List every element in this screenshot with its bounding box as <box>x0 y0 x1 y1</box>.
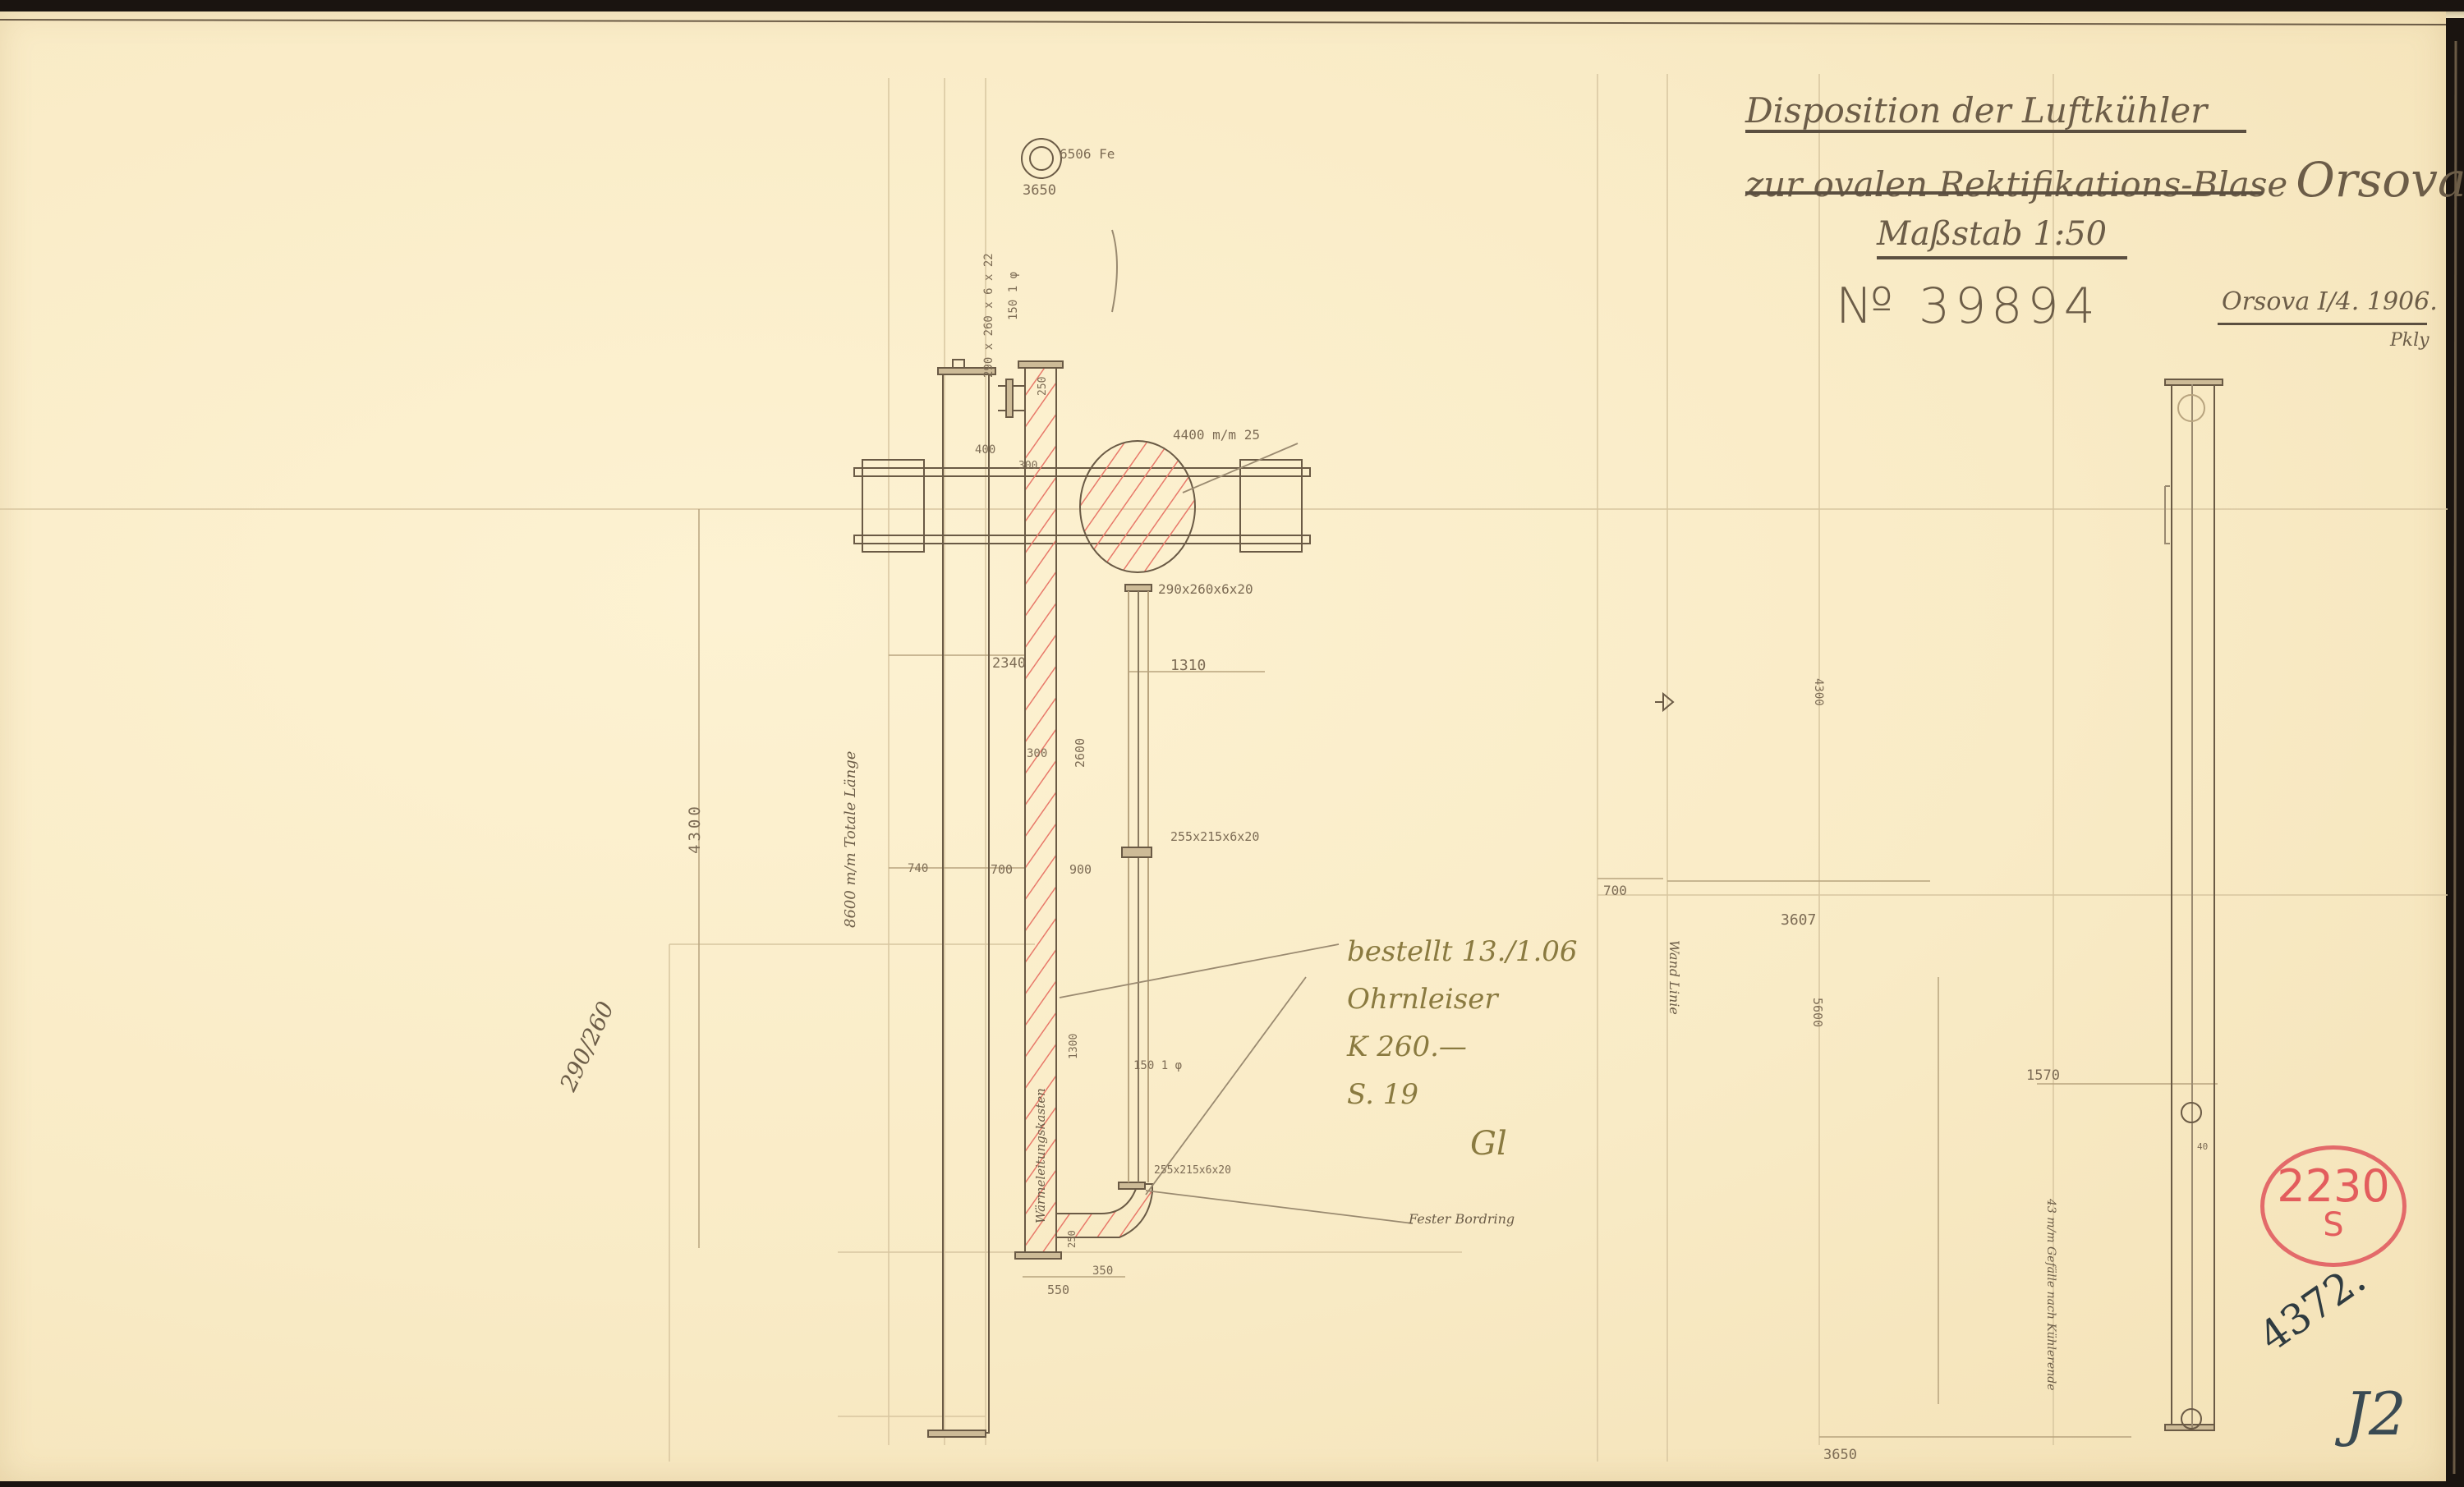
dim-250: 250 <box>1037 377 1049 396</box>
order-note-line: K 260.— <box>1347 1023 1578 1071</box>
label-wall-line: Wand Linie <box>1666 940 1682 1015</box>
scale-underline <box>1877 256 2127 259</box>
label-flange-low: 255x215x6x20 <box>1170 829 1259 844</box>
date-underline <box>2218 323 2427 325</box>
dim-2340: 2340 <box>992 655 1026 672</box>
dim-300-top: 300 <box>1018 460 1037 472</box>
top-pipe-section-circle <box>1022 139 1117 312</box>
order-note: bestellt 13./1.06 Ohrnleiser K 260.— S. … <box>1347 928 1578 1118</box>
label-wall-box: Wärmeleitungskasten <box>1033 1088 1048 1223</box>
label-fixed-ring: Fester Bordring <box>1409 1211 1515 1227</box>
dim-250-bottom: 250 <box>1066 1230 1078 1248</box>
label-4400: 4400 m/m 25 <box>1173 427 1260 443</box>
order-note-line: Ohrnleiser <box>1347 975 1578 1023</box>
dim-40: 40 <box>2197 1141 2208 1152</box>
dim-550: 550 <box>1047 1283 1069 1297</box>
top-border <box>0 20 2446 25</box>
archive-stamp: 2230 S <box>2260 1145 2407 1267</box>
label-pipe-top: 6506 Fe <box>1060 146 1115 162</box>
label-flange-bottom: 255x215x6x20 <box>1154 1164 1231 1177</box>
dim-300-mid: 300 <box>1027 747 1047 760</box>
drawing-title-line-1: Disposition der Luftkühler <box>1745 90 2207 131</box>
dim-2600: 2600 <box>1073 738 1087 768</box>
stamp-suffix: S <box>2264 1209 2402 1241</box>
inventory-initials: J2 <box>2345 1379 2407 1448</box>
dim-700-right: 700 <box>1603 883 1627 898</box>
dim-1300: 1300 <box>1068 1034 1080 1059</box>
label-total-length: 8600 m/m Totale Länge <box>842 751 859 928</box>
title-underline-1 <box>1745 130 2246 133</box>
label-pipe-dia-top: 150 1 φ <box>1007 272 1020 320</box>
dim-4300-left: 4300 <box>686 803 704 854</box>
dim-5600: 5600 <box>1810 998 1825 1027</box>
drawing-date: Orsova I/4. 1906. <box>2222 287 2438 316</box>
title-underline-2 <box>1745 191 2263 195</box>
order-note-line: bestellt 13./1.06 <box>1347 928 1578 975</box>
dim-1310: 1310 <box>1170 657 1206 674</box>
title-location: Orsova <box>2296 152 2464 208</box>
label-flange-mid: 290x260x6x20 <box>1158 581 1253 597</box>
dim-top-circle: 3650 <box>1023 182 1056 199</box>
section-arrow-marker <box>1655 694 1673 710</box>
dim-700: 700 <box>991 862 1013 877</box>
order-initials: Gl <box>1470 1125 1507 1163</box>
dim-3607: 3607 <box>1781 911 1816 929</box>
label-flange-top: 290 x 260 x 6 x 22 <box>982 253 995 378</box>
dim-740: 740 <box>908 862 928 875</box>
scale-label: Maßstab 1:50 <box>1877 215 2107 253</box>
stamp-number: 2230 <box>2264 1164 2402 1209</box>
dim-3650-bottom: 3650 <box>1823 1447 1857 1463</box>
label-slope-note: 43 m/m Gefälle nach Kühlerende <box>2044 1199 2057 1391</box>
drawing-number: № 39894 <box>1836 278 2100 335</box>
drawing-signature: Pkly <box>2390 330 2430 351</box>
dim-350: 350 <box>1092 1264 1113 1278</box>
dim-900: 900 <box>1069 862 1092 877</box>
dim-400: 400 <box>975 443 995 457</box>
order-note-line: S. 19 <box>1347 1071 1578 1118</box>
drawing-title-line-2: zur ovalen Rektifikations-BlaseOrsova <box>1745 152 2464 208</box>
label-pipe-dia-low: 150 1 φ <box>1133 1059 1182 1072</box>
right-border <box>2454 41 2456 1474</box>
dim-1570: 1570 <box>2026 1067 2060 1084</box>
title-line-2-text: zur ovalen Rektifikations-Blase <box>1745 164 2287 204</box>
right-cooler-column <box>2165 379 2223 1430</box>
dim-4300-right: 4300 <box>1812 678 1825 706</box>
